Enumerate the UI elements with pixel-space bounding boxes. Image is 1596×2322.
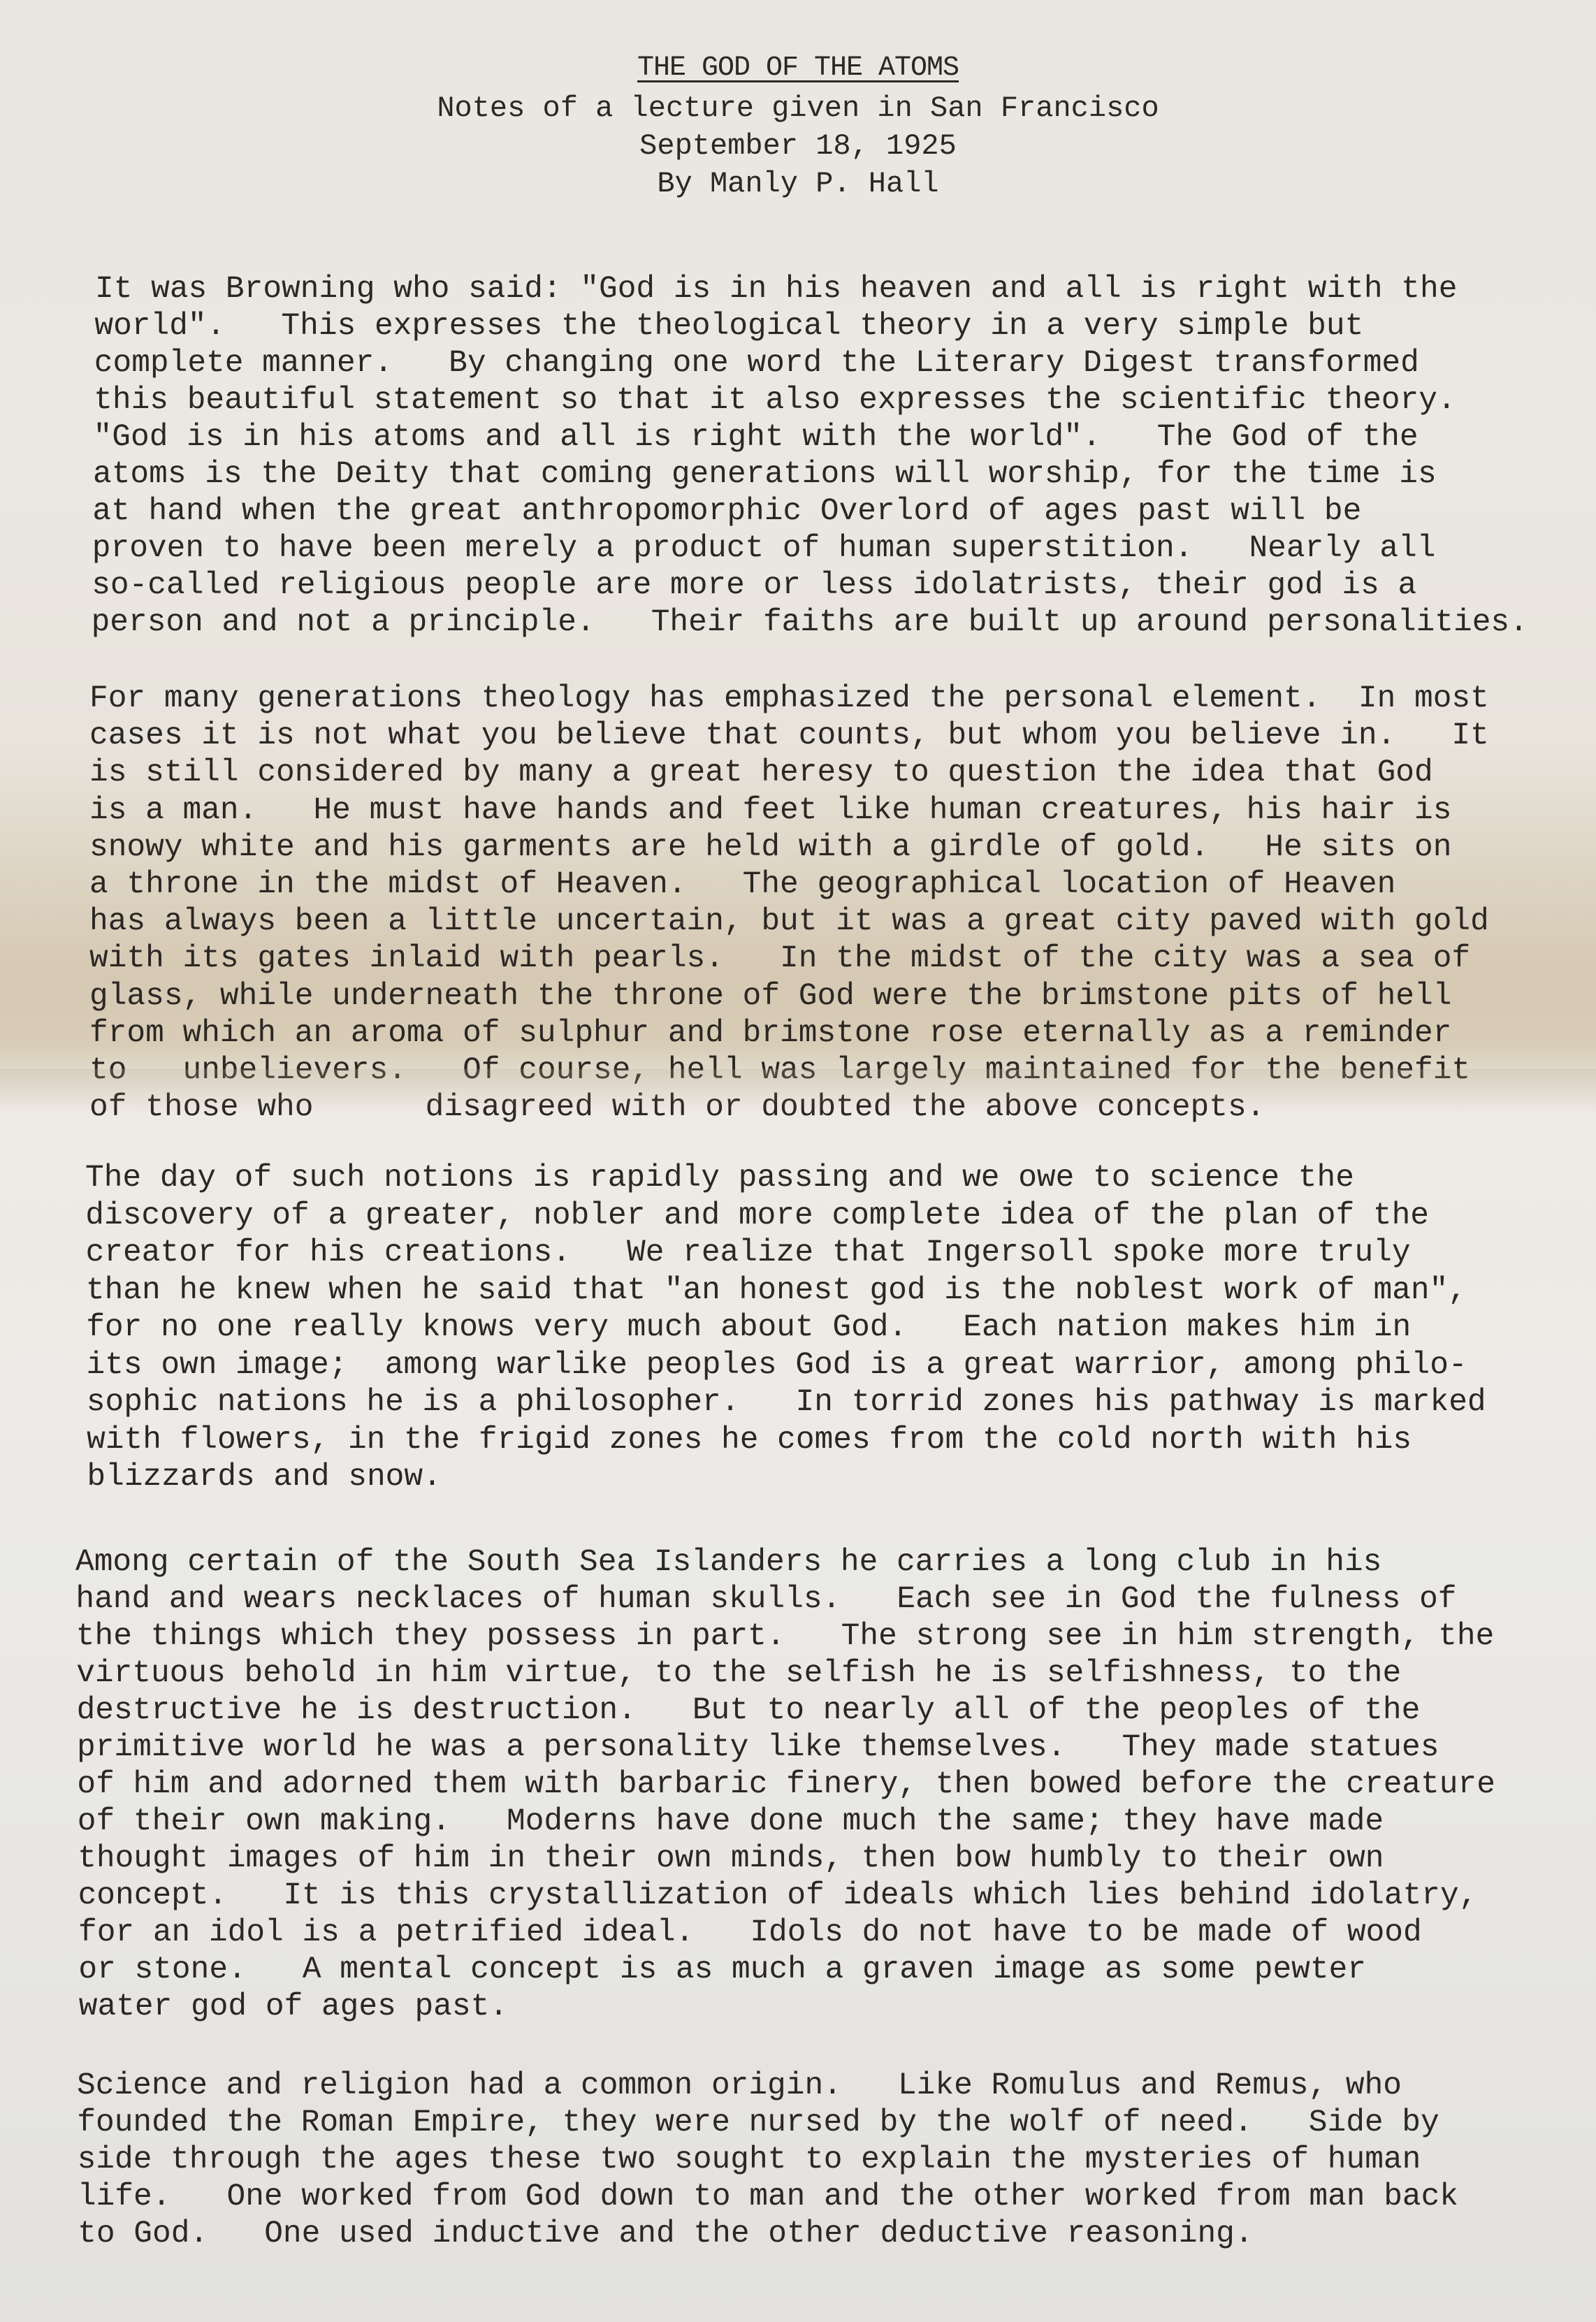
- text-line: this beautiful statement so that it also…: [94, 385, 1456, 416]
- text-line: from which an aroma of sulphur and brims…: [89, 1018, 1451, 1050]
- text-line: water god of ages past.: [79, 1991, 508, 2023]
- text-line: with its gates inlaid with pearls. In th…: [89, 943, 1470, 975]
- text-line: at hand when the great anthropomorphic O…: [92, 496, 1361, 528]
- text-line: creator for his creations. We realize th…: [86, 1238, 1411, 1269]
- text-line: thought images of him in their own minds…: [78, 1843, 1384, 1875]
- text-line: the things which they possess in part. T…: [76, 1621, 1495, 1653]
- text-line: its own image; among warlike peoples God…: [87, 1350, 1467, 1381]
- text-line: founded the Roman Empire, they were nurs…: [77, 2107, 1439, 2139]
- text-line: glass, while underneath the throne of Go…: [89, 981, 1451, 1013]
- text-line: It was Browning who said: "God is in his…: [95, 274, 1457, 305]
- text-line: concept. It is this crystallization of i…: [78, 1880, 1478, 1912]
- text-line: The day of such notions is rapidly passi…: [85, 1163, 1354, 1194]
- text-line: of their own making. Moderns have done m…: [78, 1806, 1384, 1838]
- document-date: September 18, 1925: [0, 131, 1596, 161]
- text-line: destructive he is destruction. But to ne…: [77, 1695, 1421, 1727]
- text-line: than he knew when he said that "an hones…: [86, 1275, 1467, 1307]
- text-line: proven to have been merely a product of …: [92, 533, 1436, 565]
- text-line: to unbelievers. Of course, hell was larg…: [89, 1055, 1470, 1087]
- text-line: has always been a little uncertain, but …: [89, 906, 1489, 938]
- text-line: for no one really knows very much about …: [86, 1312, 1411, 1344]
- text-line: Among certain of the South Sea Islanders…: [75, 1547, 1381, 1579]
- text-line: For many generations theology has emphas…: [89, 683, 1489, 715]
- text-line: of him and adorned them with barbaric fi…: [77, 1769, 1495, 1801]
- text-line: snowy white and his garments are held wi…: [89, 832, 1451, 864]
- document-title: THE GOD OF THE ATOMS: [0, 55, 1596, 82]
- text-line: primitive world he was a personality lik…: [77, 1732, 1439, 1764]
- text-line: person and not a principle. Their faiths…: [92, 607, 1528, 639]
- text-line: a throne in the midst of Heaven. The geo…: [89, 869, 1395, 901]
- text-line: life. One worked from God down to man an…: [78, 2182, 1458, 2213]
- text-line: with flowers, in the frigid zones he com…: [87, 1425, 1412, 1456]
- text-line: blizzards and snow.: [87, 1462, 441, 1493]
- text-line: so-called religious people are more or l…: [92, 570, 1416, 602]
- text-line: for an idol is a petrified ideal. Idols …: [78, 1917, 1422, 1949]
- text-line: "God is in his atoms and all is right wi…: [94, 422, 1419, 453]
- typewritten-page: THE GOD OF THE ATOMS Notes of a lecture …: [0, 0, 1596, 2322]
- text-line: is a man. He must have hands and feet li…: [89, 795, 1451, 827]
- text-line: of those who disagreed with or doubted t…: [89, 1092, 1265, 1124]
- text-line: hand and wears necklaces of human skulls…: [75, 1584, 1456, 1616]
- text-line: virtuous behold in him virtue, to the se…: [76, 1658, 1401, 1690]
- text-line: is still considered by many a great here…: [89, 757, 1433, 789]
- text-line: cases it is not what you believe that co…: [89, 720, 1489, 752]
- text-line: to God. One used inductive and the other…: [78, 2219, 1253, 2250]
- text-line: sophic nations he is a philosopher. In t…: [87, 1387, 1486, 1418]
- text-line: discovery of a greater, nobler and more …: [85, 1200, 1429, 1232]
- text-line: world". This expresses the theological t…: [94, 311, 1363, 342]
- text-line: Science and religion had a common origin…: [77, 2070, 1402, 2102]
- text-line: atoms is the Deity that coming generatio…: [93, 459, 1437, 491]
- text-line: or stone. A mental concept is as much a …: [78, 1954, 1366, 1986]
- document-author: By Manly P. Hall: [0, 169, 1596, 198]
- text-line: complete manner. By changing one word th…: [94, 348, 1419, 379]
- text-line: side through the ages these two sought t…: [78, 2145, 1421, 2176]
- document-subtitle: Notes of a lecture given in San Francisc…: [0, 94, 1596, 123]
